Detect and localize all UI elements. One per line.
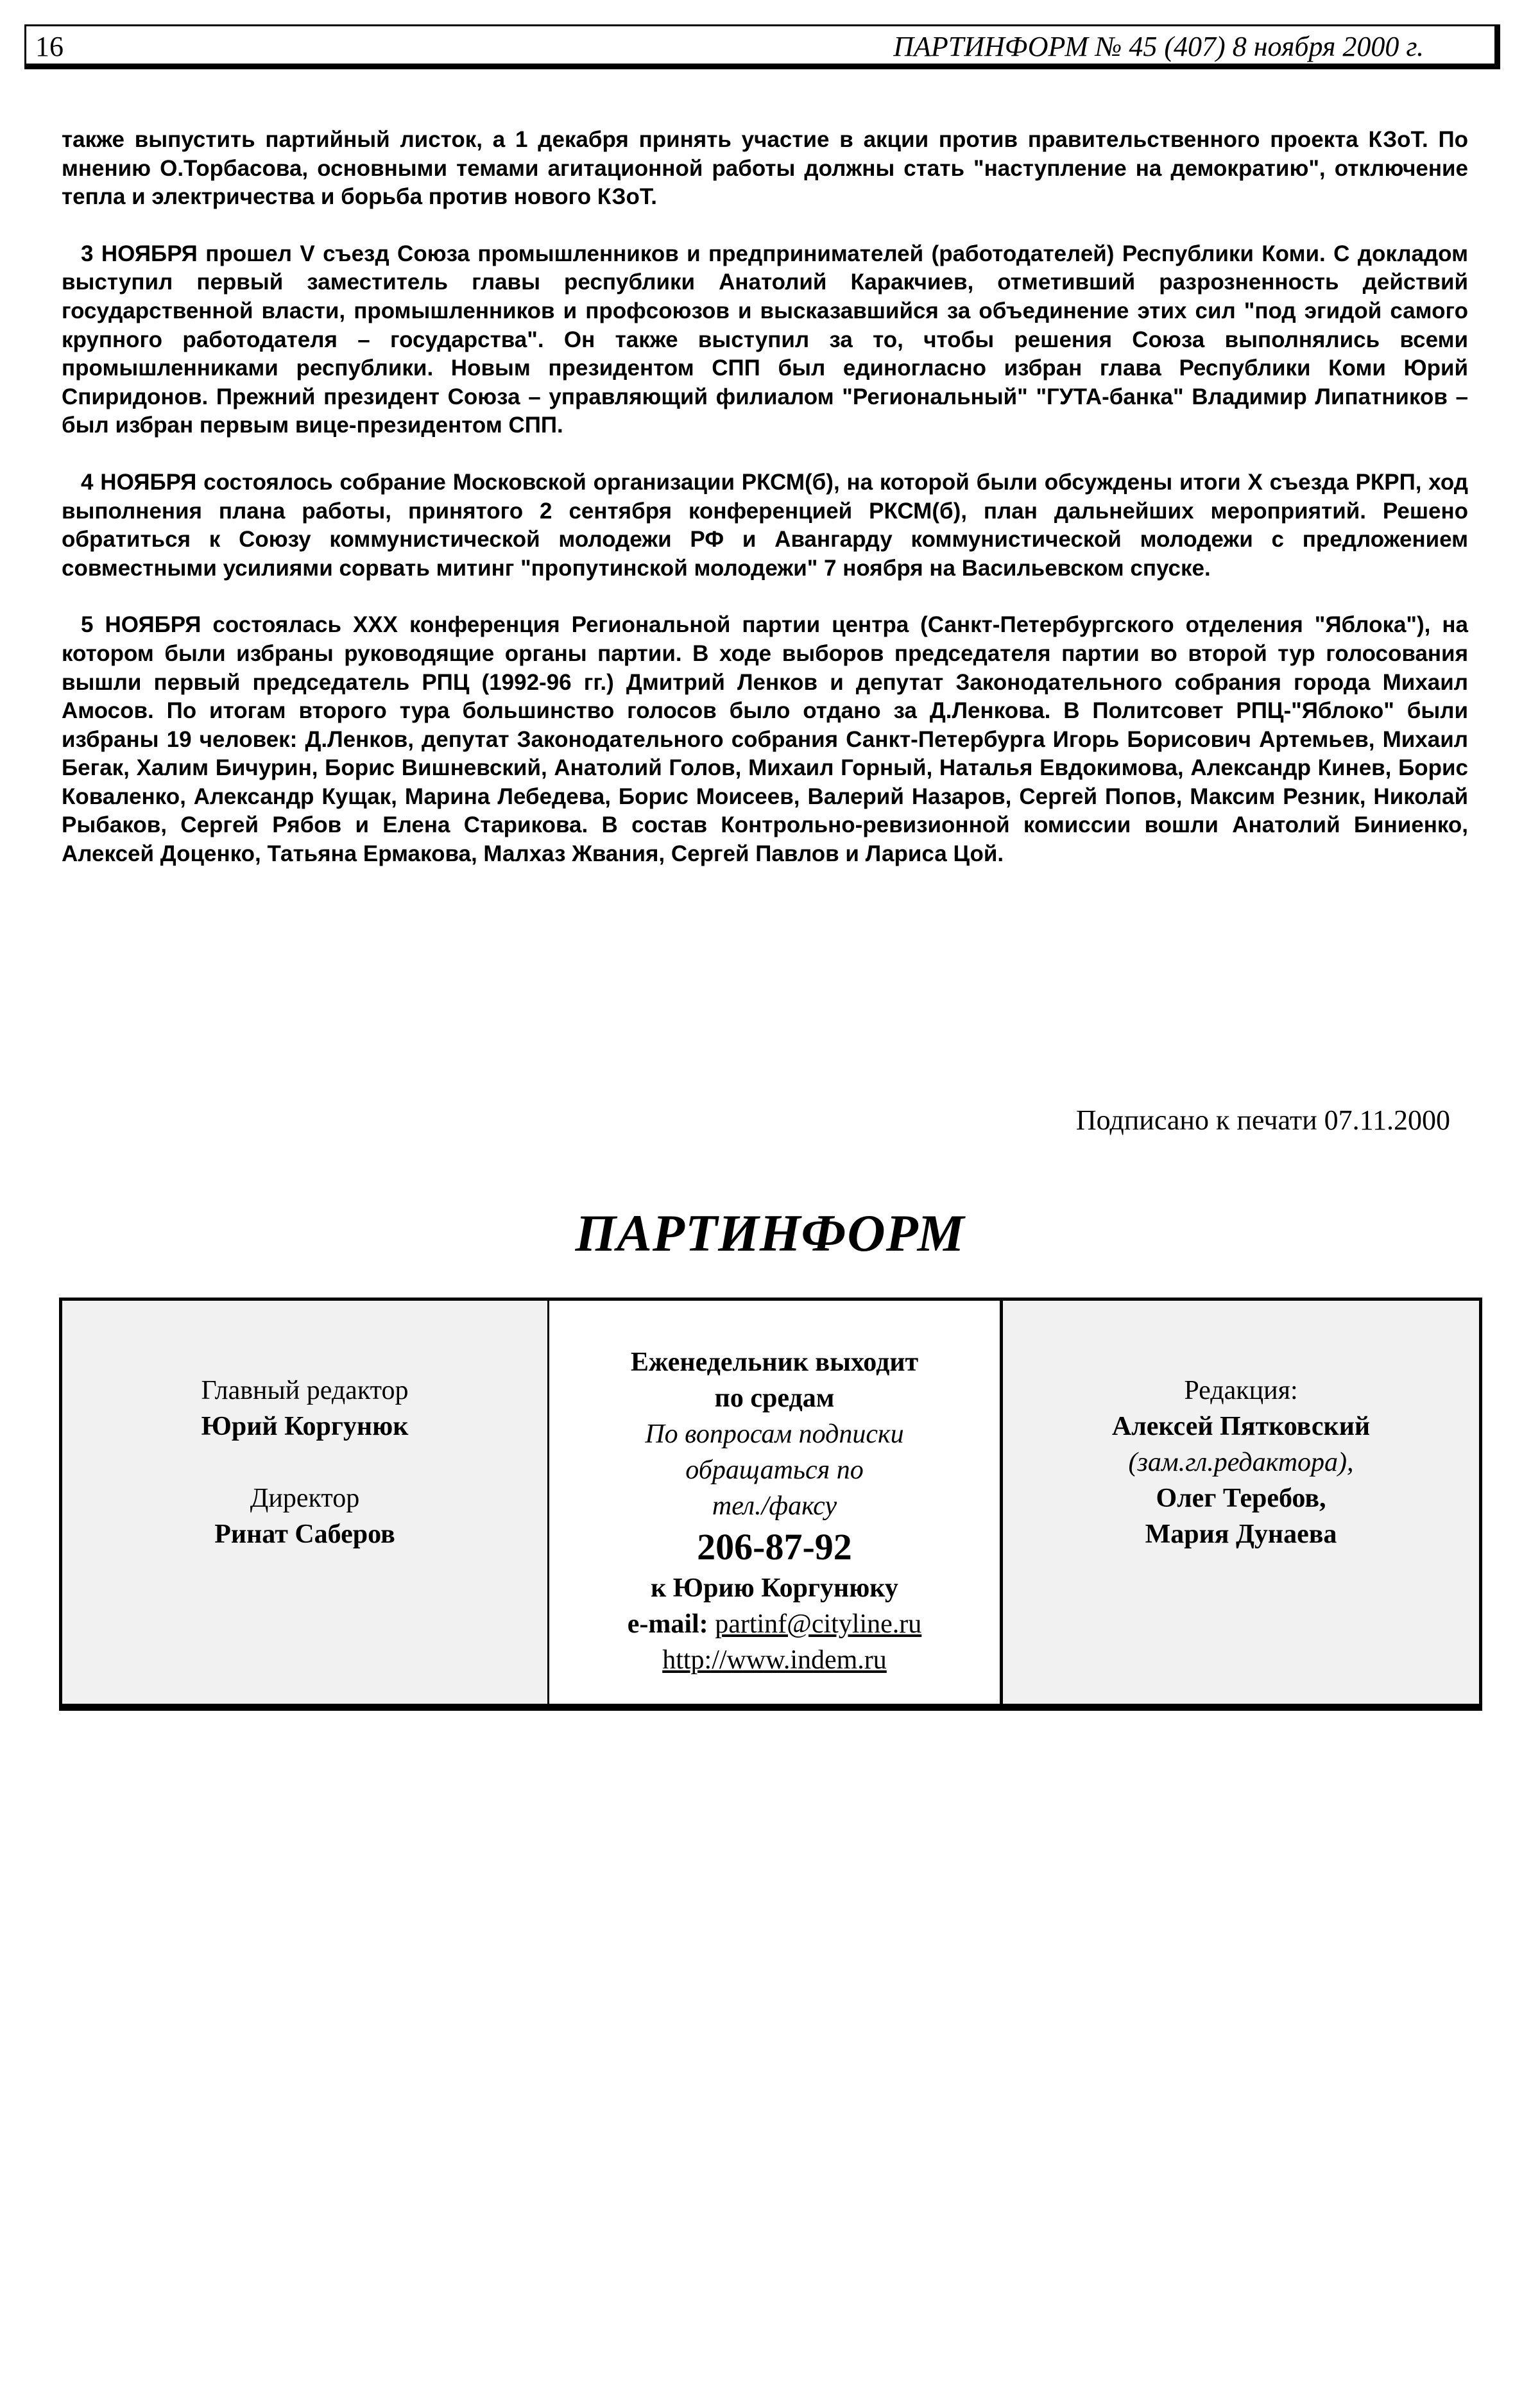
email-line: e-mail: partinf@cityline.ru (549, 1606, 1000, 1642)
page-header: 16 ПАРТИНФОРМ № 45 (407) 8 ноября 2000 г… (24, 24, 1500, 69)
article-body: также выпустить партийный листок, а 1 де… (62, 126, 1468, 897)
editorial-name-2: Олег Теребов, (1003, 1480, 1479, 1516)
editorial-role-1: (зам.гл.редактора), (1003, 1444, 1479, 1480)
phone-number: 206-87-92 (549, 1524, 1000, 1570)
email-label: e-mail: (628, 1609, 708, 1639)
editor-role: Главный редактор (62, 1373, 547, 1409)
editorial-name-3: Мария Дунаева (1003, 1516, 1479, 1552)
masthead-cell-leadership: Главный редактор Юрий Коргунюк Директор … (62, 1301, 549, 1704)
website-link[interactable]: http://www.indem.ru (662, 1645, 887, 1675)
masthead-cell-contacts: Еженедельник выходит по средам По вопрос… (549, 1301, 1003, 1704)
masthead-title: ПАРТИНФОРМ (0, 1201, 1540, 1265)
paragraph-text: состоялось собрание Московской организац… (62, 470, 1468, 581)
paragraph-nov-3: 3 НОЯБРЯ прошел V съезд Союза промышленн… (62, 240, 1468, 440)
paragraph-continuation: также выпустить партийный листок, а 1 де… (62, 126, 1468, 212)
signed-to-print: Подписано к печати 07.11.2000 (1076, 1102, 1450, 1138)
schedule-day: по средам (549, 1380, 1000, 1416)
paragraph-text: прошел V съезд Союза промышленников и пр… (62, 241, 1468, 438)
paragraph-nov-4: 4 НОЯБРЯ состоялось собрание Московской … (62, 468, 1468, 583)
subscription-note: По вопросам подписки (549, 1416, 1000, 1452)
paragraph-date-lead: 3 НОЯБРЯ (81, 241, 198, 266)
paragraph-date-lead: 4 НОЯБРЯ (81, 470, 196, 495)
director-name: Ринат Саберов (62, 1516, 547, 1552)
subscription-note-2: обращаться по (549, 1452, 1000, 1488)
paragraph-text: состоялась XXX конференция Региональной … (62, 612, 1468, 866)
page-number: 16 (35, 30, 64, 64)
subscription-note-3: тел./факсу (549, 1488, 1000, 1524)
editorial-label: Редакция: (1003, 1373, 1479, 1409)
masthead-table: Главный редактор Юрий Коргунюк Директор … (59, 1298, 1482, 1711)
schedule-line: Еженедельник выходит (549, 1344, 1000, 1380)
email-link[interactable]: partinf@cityline.ru (715, 1609, 921, 1639)
contact-person: к Юрию Коргунюку (549, 1570, 1000, 1606)
editor-name: Юрий Коргунюк (62, 1409, 547, 1444)
paragraph-date-lead: 5 НОЯБРЯ (81, 612, 201, 637)
website-line: http://www.indem.ru (549, 1642, 1000, 1678)
masthead-cell-editorial: Редакция: Алексей Пятковский (зам.гл.ред… (1003, 1301, 1479, 1704)
paragraph-nov-5: 5 НОЯБРЯ состоялась XXX конференция Реги… (62, 611, 1468, 868)
paragraph-text: также выпустить партийный листок, а 1 де… (62, 127, 1468, 209)
issue-title: ПАРТИНФОРМ № 45 (407) 8 ноября 2000 г. (893, 30, 1424, 64)
director-role: Директор (62, 1480, 547, 1516)
editorial-name-1: Алексей Пятковский (1003, 1409, 1479, 1444)
